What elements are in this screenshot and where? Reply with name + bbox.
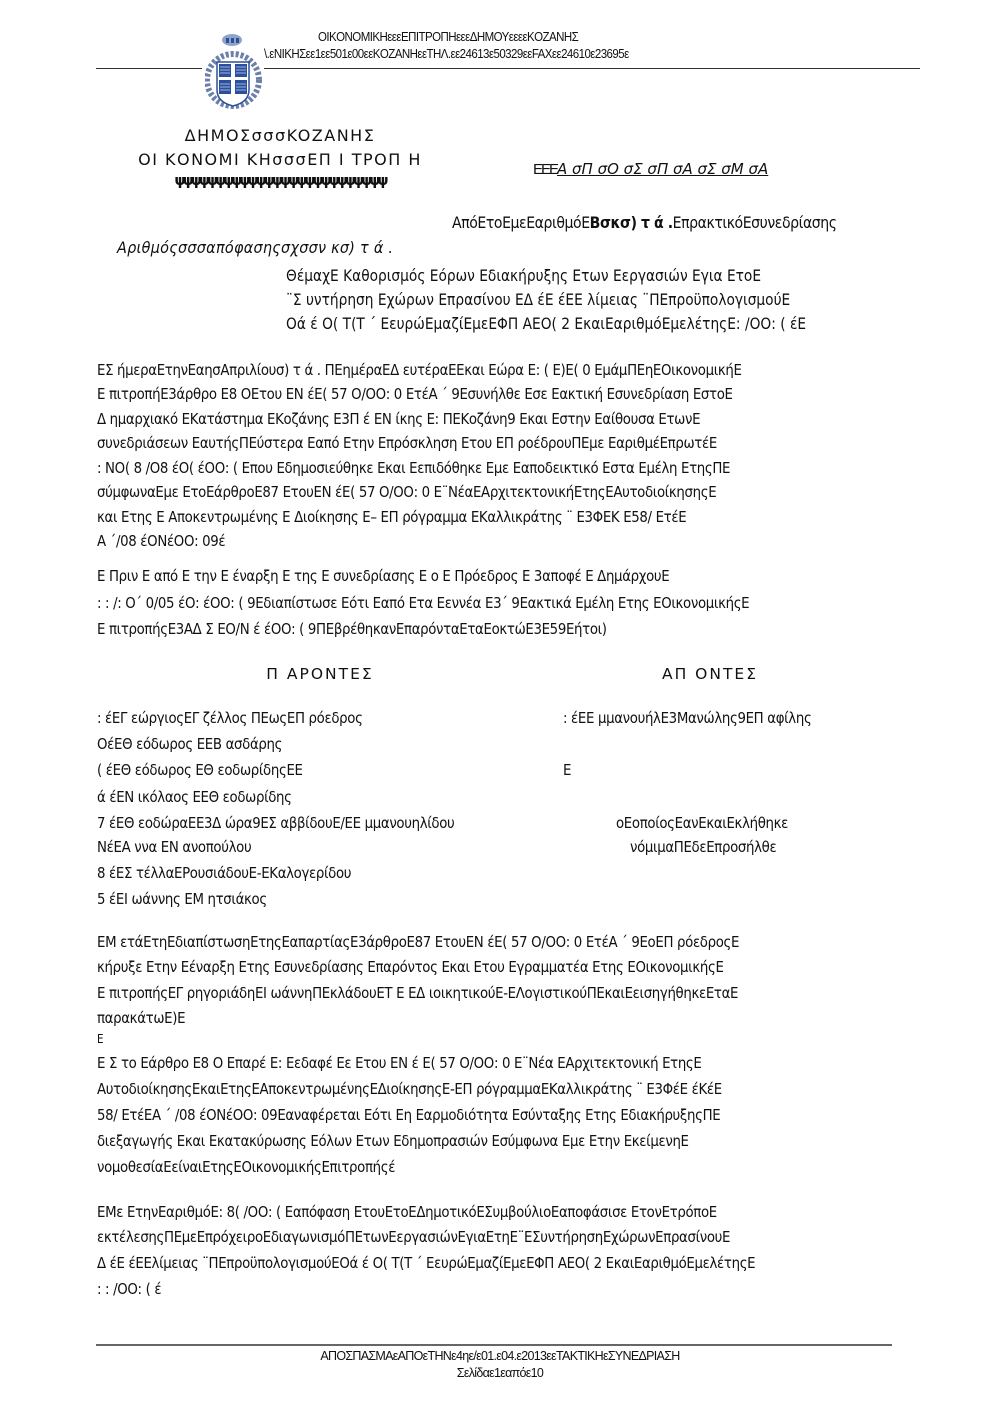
paragraph-line: Ε Πριν Ε από Ε την Ε έναρξη Ε της Ε συνε… [97, 567, 669, 585]
absent-member: : έΕΕ μμανουήλΕ3Μανώλης9ΕΠ αφίλης [563, 709, 811, 727]
minutes-reference: ΑπόΕτοΕμεΕαριθμόΕΒσκσ) τ ά .ΕπρακτικόΕσυ… [452, 213, 837, 232]
paragraph-line: : ΝΟ( 8 /Ο8 έΟ( έΟΟ: ( Επου Εδημοσιεύθηκ… [97, 459, 730, 477]
paragraph-line: Δ ημαρχιακό ΕΚατάστημα ΕΚοζάνης Ε3Π έ ΕΝ… [97, 410, 700, 428]
header-rule-right [264, 68, 920, 69]
paragraph-line: εκτέλεσηςΠΕμεΕπρόχειροΕδιαγωνισμόΠΕτωνΕε… [97, 1228, 730, 1246]
paragraph-line: σύμφωναΕμε ΕτοΕάρθροΕ87 ΕτουΕΝ έΕ( 57 Ο/… [97, 483, 716, 501]
paragraph-line: 58/ ΕτέΕΑ ΄ /08 έΟΝέΟΟ: 09Εαναφέρεται Εό… [97, 1106, 720, 1124]
paragraph-line: και Ετης Ε Αποκεντρωμένης Ε Διοίκησης Ε–… [97, 508, 686, 526]
absent-note: νόμιμαΠΕδεΕπροσήλθε [630, 838, 776, 856]
document-title: ΕΕΕΑ σΠ σΟ σΣ σΠ σΑ σΣ σΜ σΑ [533, 160, 768, 178]
paragraph-line: παρακάτωΕ)Ε [97, 1009, 185, 1027]
title-text: Α σΠ σΟ σΣ σΠ σΑ σΣ σΜ σΑ [557, 160, 768, 178]
paragraph-line: ΕΜε ΕτηνΕαριθμόΕ: 8( /ΟΟ: ( Εαπόφαση Ετο… [97, 1203, 717, 1221]
header-rule-left [96, 68, 202, 69]
paragraph-line: Ε [97, 1032, 103, 1046]
municipality-name: ΔΗΜΟΣσσσKOZANHΣ [120, 126, 440, 145]
absent-filler: Ε [563, 761, 571, 779]
present-member: ( έΕΘ εόδωρος ΕΘ εοδωρίδηςΕΕ [97, 761, 303, 779]
committee-name: ΟΙ ΚΟΝΟΜΙ ΚΗσσσΕΠ Ι ΤΡΟΠ Η [120, 150, 440, 169]
paragraph-line: Ε πιτροπήςΕ3ΑΔ Σ ΕΟ/Ν έ έΟΟ: ( 9ΠΕβρέθηκ… [97, 620, 607, 638]
paragraph-line: : : /ΟΟ: ( έ [97, 1280, 161, 1298]
absent-note: οΕοποίοςΕανΕκαιΕκλήθηκε [616, 814, 788, 832]
paragraph-line: κήρυξε Ετην Εέναρξη Ετης Εσυνεδρίασης Επ… [97, 958, 724, 976]
present-member: 7 έΕΘ εοδώραΕΕ3Δ ώρα9ΕΣ αββίδουΕ/ΕΕ μμαν… [97, 814, 454, 832]
present-member: ά έΕΝ ικόλαος ΕΕΘ εοδωρίδης [97, 788, 292, 806]
paragraph-line: Ε πιτροπήςΕΓ ρηγοριάδηΕΙ ωάννηΠΕκλάδουΕΤ… [97, 984, 738, 1002]
present-member: : έΕΓ εώργιοςΕΓ ζέλλος ΠΕωςΕΠ ρόεδρος [97, 709, 363, 727]
paragraph-line: : : /: Ο΄ 0/05 έΟ: έΟΟ: ( 9Εδιαπίστωσε Ε… [97, 594, 749, 612]
subject-line: Οά έ Ο( Τ(Τ ΄ ΕευρώΕμαζίΕμεΕΦΠ ΑΕΟ( 2 Εκ… [286, 312, 806, 336]
paragraph-line: νομοθεσίαΕείναιΕτηςΕΟικονομικήςΕπιτροπής… [97, 1158, 395, 1176]
absent-heading: ΑΠ ΟΝΤΕΣ [540, 665, 880, 683]
minutes-number: Βσκσ) τ ά . [590, 213, 673, 232]
footer-rule [96, 1344, 892, 1346]
paragraph-line: διεξαγωγής Εκαι Εκατακύρωσης Εόλων Ετων … [97, 1132, 689, 1150]
title-prefix: ΕΕΕ [533, 161, 557, 178]
footer-document-ref: ΑΠΟΣΠΑΣΜΑεΑΠΟεΤΗΝε4ηε/ε01.ε04.ε2013εεΤΑΚ… [0, 1349, 1000, 1363]
subject-line: ΘέμαχΕ Καθορισμός Εόρων Εδιακήρυξης Ετων… [286, 264, 806, 288]
decision-number: Αριθμόςσσσαπόφασηςσχσσν κσ) τ ά . [117, 238, 393, 257]
paragraph-line: Ε πιτροπήΕ3άρθρο Ε8 ΟΕτου ΕΝ έΕ( 57 Ο/ΟΟ… [97, 385, 733, 403]
paragraph-line: ΕΣ ήμεραΕτηνΕαησΑπριλίουσ) τ ά . ΠΕημέρα… [97, 361, 742, 379]
present-member: ΟέΕΘ εόδωρος ΕΕΒ ασδάρης [97, 735, 282, 753]
header-contact-line: \.εNIKHΣεε1εε501ε00εεKOZANHεεΤΗΛ.εε24613… [264, 47, 629, 61]
paragraph-line: Α ΄/08 έΟΝέΟΟ: 09έ [97, 532, 225, 550]
minutes-prefix: ΑπόΕτοΕμεΕαριθμόΕ [452, 213, 590, 232]
subject-block: ΘέμαχΕ Καθορισμός Εόρων Εδιακήρυξης Ετων… [286, 264, 806, 336]
header-committee-title: OIKONOMIKHεεεΕΠΙΤΡΟΠΗεεεΔΗΜΟΥεεεεKOZANHΣ [318, 30, 578, 44]
present-member: 5 έΕΙ ωάννης ΕΜ ητσιάκος [97, 890, 267, 908]
paragraph-line: ΑυτοδιοίκησηςΕκαιΕτηςΕΑποκεντρωμένηςΕΔιο… [97, 1080, 722, 1098]
decorative-divider: ψψψψψψψψψψψψψψψψψψψψψψψψψψ [120, 173, 440, 189]
present-member: 8 έΕΣ τέλλαΕΡουσιάδουΕ-ΕΚαλογερίδου [97, 864, 351, 882]
paragraph-line: Δ έΕ έΕΕλίμειας ¨ΠΕπροϋπολογισμούΕΟά έ Ο… [97, 1254, 755, 1272]
present-heading: Π ΑΡΟΝΤΕΣ [150, 665, 490, 683]
footer-page-number: Σελίδαε1εαπόε10 [0, 1366, 1000, 1380]
subject-line: ¨Σ υντήρηση Εχώρων Επρασίνου ΕΔ έΕ έΕΕ λ… [286, 288, 806, 312]
greek-coat-of-arms-icon [205, 30, 285, 120]
paragraph-line: ΕΜ ετάΕτηΕδιαπίστωσηΕτηςΕαπαρτίαςΕ3άρθρο… [97, 933, 739, 951]
minutes-suffix: ΕπρακτικόΕσυνεδρίασης [673, 213, 837, 232]
present-member: ΝέΕΑ ννα ΕΝ ανοπούλου [97, 838, 251, 856]
paragraph-line: Ε Σ το Εάρθρο Ε8 Ο Επαρέ Ε: Εεδαφέ Εε Ετ… [97, 1054, 701, 1072]
paragraph-line: συνεδριάσεων ΕαυτήςΠΕύστερα Εαπό Ετην Επ… [97, 434, 717, 452]
